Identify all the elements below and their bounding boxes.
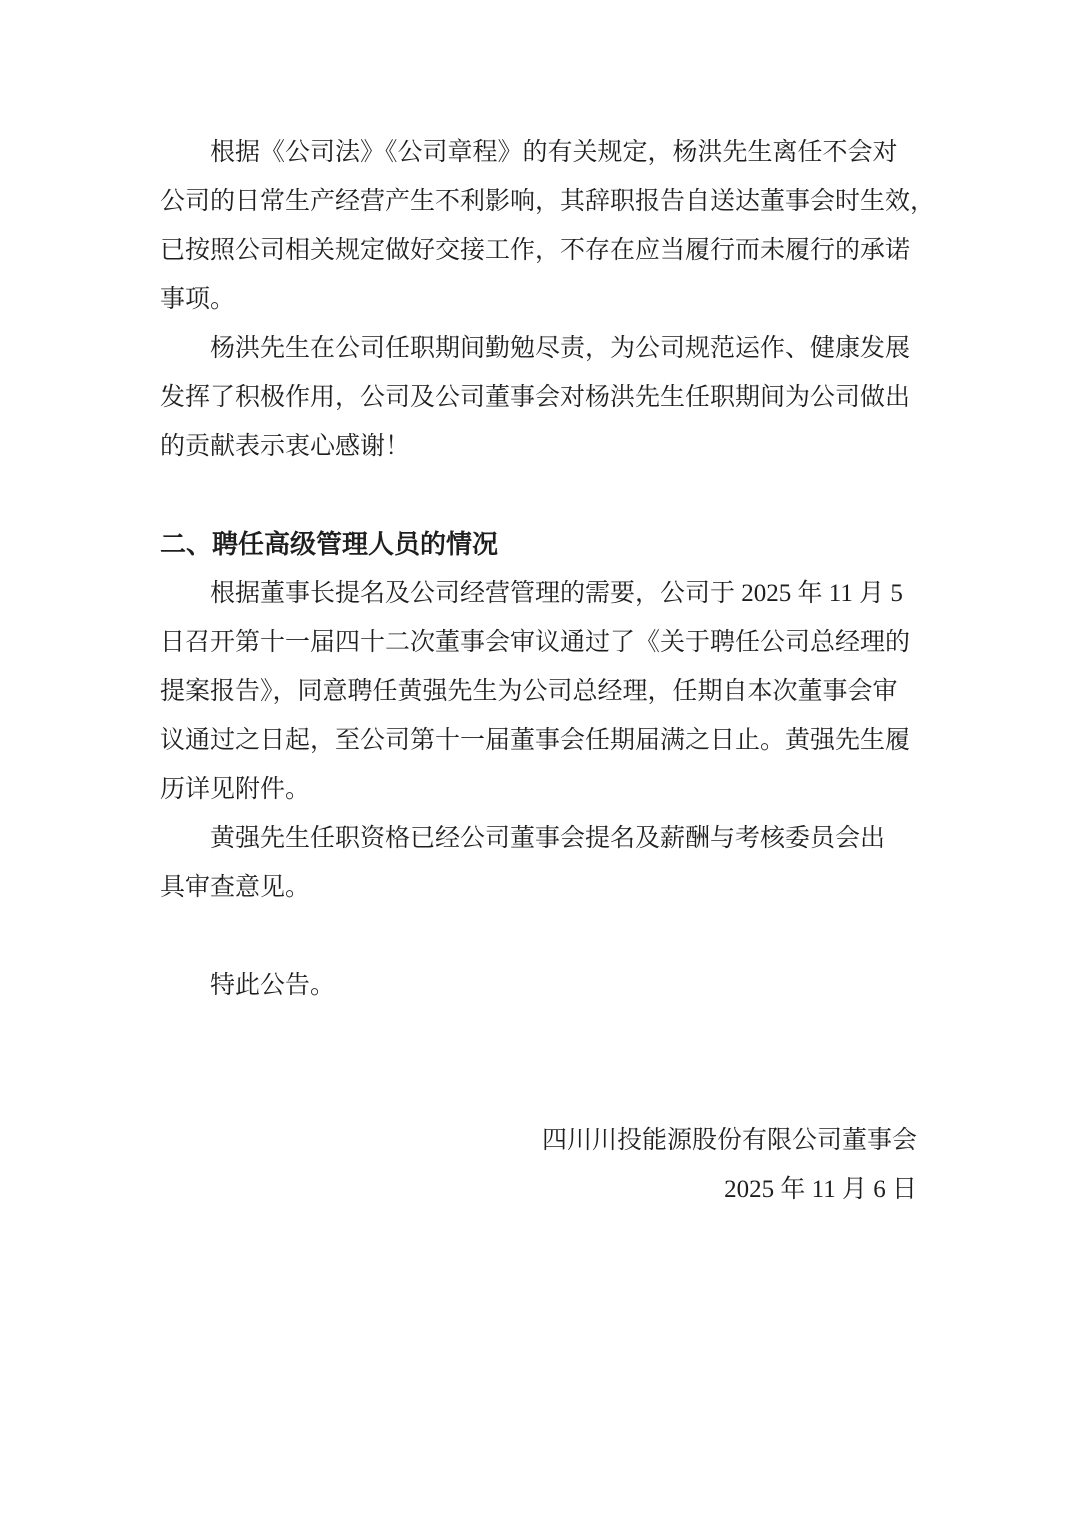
signature-company: 四川川投能源股份有限公司董事会: [160, 1116, 930, 1165]
para1-line4: 事项。: [160, 275, 930, 324]
paragraph-4: 黄强先生任职资格已经公司董事会提名及薪酬与考核委员会出 具审查意见。: [160, 814, 930, 912]
blank-line: [160, 471, 930, 520]
para1-line1: 根据《公司法》《公司章程》的有关规定，杨洪先生离任不会对: [160, 128, 930, 177]
paragraph-1: 根据《公司法》《公司章程》的有关规定，杨洪先生离任不会对 公司的日常生产经营产生…: [160, 128, 930, 324]
para3-line3: 提案报告》，同意聘任黄强先生为公司总经理，任期自本次董事会审: [160, 667, 930, 716]
document-body: 根据《公司法》《公司章程》的有关规定，杨洪先生离任不会对 公司的日常生产经营产生…: [0, 0, 1080, 1214]
para2-line2: 发挥了积极作用，公司及公司董事会对杨洪先生任职期间为公司做出: [160, 373, 930, 422]
section-2-heading: 二、聘任高级管理人员的情况: [160, 520, 930, 569]
signature-block: 四川川投能源股份有限公司董事会 2025 年 11 月 6 日: [160, 1116, 930, 1214]
para2-line3: 的贡献表示衷心感谢！: [160, 422, 930, 471]
para4-line2: 具审查意见。: [160, 863, 930, 912]
para1-line3: 已按照公司相关规定做好交接工作，不存在应当履行而未履行的承诺: [160, 226, 930, 275]
para2-line1: 杨洪先生在公司任职期间勤勉尽责，为公司规范运作、健康发展: [160, 324, 930, 373]
announcement-page: 根据《公司法》《公司章程》的有关规定，杨洪先生离任不会对 公司的日常生产经营产生…: [0, 0, 1080, 1527]
blank-line: [160, 1010, 930, 1059]
para4-line1: 黄强先生任职资格已经公司董事会提名及薪酬与考核委员会出: [160, 814, 930, 863]
para3-line1: 根据董事长提名及公司经营管理的需要，公司于 2025 年 11 月 5: [160, 569, 930, 618]
para3-line2: 日召开第十一届四十二次董事会审议通过了《关于聘任公司总经理的: [160, 618, 930, 667]
blank-line: [160, 1059, 930, 1108]
para1-line2: 公司的日常生产经营产生不利影响，其辞职报告自送达董事会时生效，: [160, 177, 930, 226]
signature-date: 2025 年 11 月 6 日: [160, 1165, 930, 1214]
blank-line: [160, 912, 930, 961]
paragraph-2: 杨洪先生在公司任职期间勤勉尽责，为公司规范运作、健康发展 发挥了积极作用，公司及…: [160, 324, 930, 471]
para3-line4: 议通过之日起，至公司第十一届董事会任期届满之日止。黄强先生履: [160, 716, 930, 765]
para3-line5: 历详见附件。: [160, 765, 930, 814]
closing-statement: 特此公告。: [160, 961, 930, 1010]
paragraph-3: 根据董事长提名及公司经营管理的需要，公司于 2025 年 11 月 5 日召开第…: [160, 569, 930, 814]
